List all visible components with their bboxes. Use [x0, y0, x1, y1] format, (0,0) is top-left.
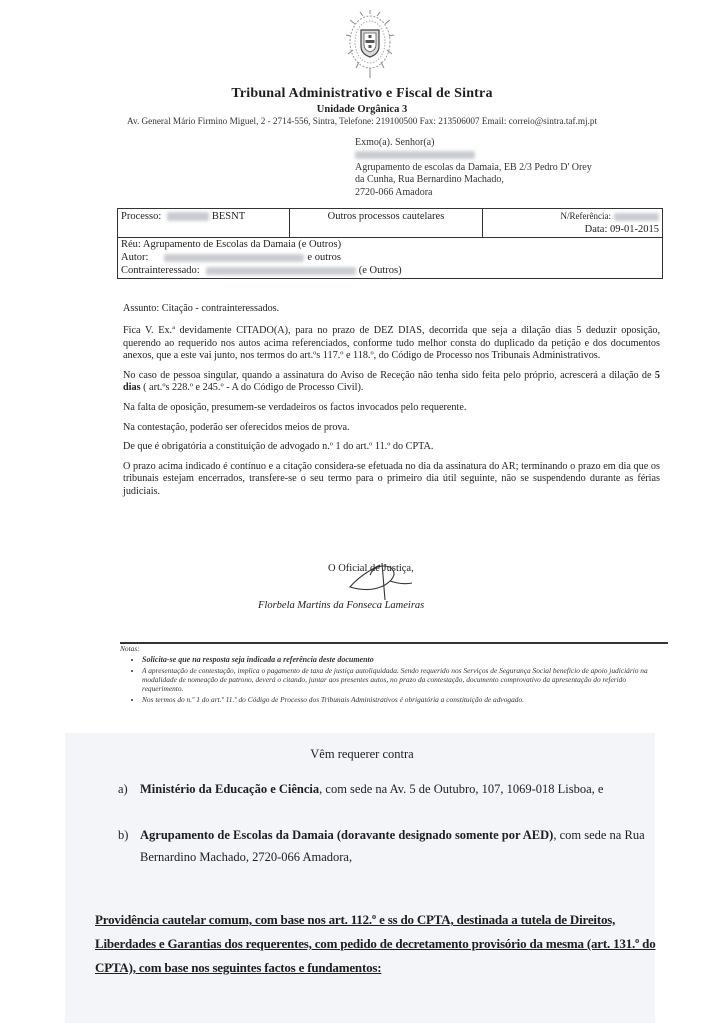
recipient-salutation: Exmo(a). Senhor(a) [355, 137, 592, 149]
counterparty-line: Contrainteressado:(e Outros) [121, 264, 659, 277]
notes-label: Notas: [120, 644, 668, 653]
recipient-line: da Cunha, Rua Bernardino Machado, [355, 174, 592, 186]
defendant-line: Réu: Agrupamento de Escolas da Damaia (e… [121, 238, 659, 251]
recipient-name-redacted [355, 151, 475, 159]
author-line: Autor:e outros [121, 251, 659, 264]
notes-section: Notas: Solicita-se que na resposta seja … [120, 642, 668, 706]
process-number-cell: Processo: BESNT [118, 209, 290, 237]
note-item: Solicita-se que na resposta seja indicad… [142, 655, 668, 664]
process-type-cell: Outros processos cautelares [290, 209, 483, 237]
process-table: Processo: BESNT Outros processos cautela… [117, 208, 663, 279]
citation-body: Fica V. Ex.ª devidamente CITADO(A), para… [123, 325, 660, 506]
recipient-block: Exmo(a). Senhor(a) Agrupamento de escola… [355, 137, 592, 199]
subject-line: Assunto: Citação - contrainteressados. [123, 303, 660, 316]
paragraph: Fica V. Ex.ª devidamente CITADO(A), para… [123, 325, 660, 363]
recipient-line: Agrupamento de escolas da Damaia, EB 2/3… [355, 162, 592, 174]
document-date: 09-01-2015 [610, 224, 659, 235]
counterparty-redacted [206, 267, 356, 275]
paragraph: No caso de pessoa singular, quando a ass… [123, 370, 660, 395]
handwritten-signature-icon [340, 555, 425, 605]
paragraph: O prazo acima indicado é contínuo e a ci… [123, 461, 660, 499]
reference-redacted [614, 213, 659, 221]
reference-cell: N/Referência: Data: 09-01-2015 [483, 209, 662, 237]
note-item: A apresentação de contestação, implica o… [142, 666, 668, 693]
party-item: b) Agrupamento de Escolas da Damaia (dor… [118, 824, 678, 868]
party-item: a) Ministério da Educação e Ciência, com… [118, 778, 678, 800]
petition-heading: Vêm requerer contra [0, 747, 724, 762]
court-address: Av. General Mário Firmino Miguel, 2 - 27… [0, 116, 724, 126]
providencia-statement: Providência cautelar comum, com base nos… [95, 908, 675, 980]
signatory-name: Florbela Martins da Fonseca Lameiras [258, 600, 424, 611]
recipient-line: 2720-066 Amadora [355, 187, 592, 199]
coat-of-arms-icon [345, 8, 395, 82]
note-item: Nos termos do n.º 1 do art.º 11.º do Cód… [142, 695, 668, 704]
court-unit: Unidade Orgânica 3 [0, 104, 724, 115]
court-name: Tribunal Administrativo e Fiscal de Sint… [0, 86, 724, 102]
paragraph: De que é obrigatória a constituição de a… [123, 441, 660, 454]
paragraph: Na falta de oposição, presumem-se verdad… [123, 402, 660, 415]
author-redacted [164, 254, 304, 262]
process-number-redacted [167, 212, 209, 221]
paragraph: Na contestação, poderão ser oferecidos m… [123, 422, 660, 435]
